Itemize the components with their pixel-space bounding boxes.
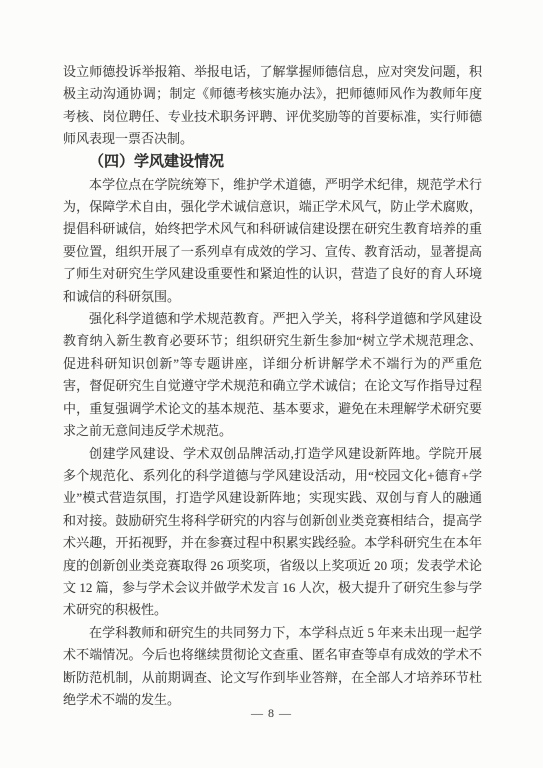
paragraph-academic-integrity-overview: 本学位点在学院统筹下，维护学术道德，严明学术纪律，规范学术行为，保障学术自由，强… xyxy=(63,174,482,308)
paragraph-ethics-education: 强化科学道德和学术规范教育。严把入学关，将科学道德和学风建设教育纳入新生教育必要… xyxy=(63,308,482,442)
document-page: 设立师德投诉举报箱、举报电话，了解掌握师德信息，应对突发问题，积极主动沟通协调；… xyxy=(0,0,543,768)
page-body: 设立师德投诉举报箱、举报电话，了解掌握师德信息，应对突发问题，积极主动沟通协调；… xyxy=(63,61,482,711)
paragraph-teacher-ethics-continuation: 设立师德投诉举报箱、举报电话，了解掌握师德信息，应对突发问题，积极主动沟通协调；… xyxy=(63,61,482,151)
section-heading-study-style: （四）学风建设情况 xyxy=(63,151,482,174)
paragraph-brand-activities: 创建学风建设、学术双创品牌活动,打造学风建设新阵地。学院开展多个规范化、系列化的… xyxy=(63,443,482,622)
paragraph-misconduct-prevention: 在学科教师和研究生的共同努力下，本学科点近 5 年来未出现一起学术不端情况。今后… xyxy=(63,622,482,712)
page-number: — 8 — xyxy=(0,706,543,721)
